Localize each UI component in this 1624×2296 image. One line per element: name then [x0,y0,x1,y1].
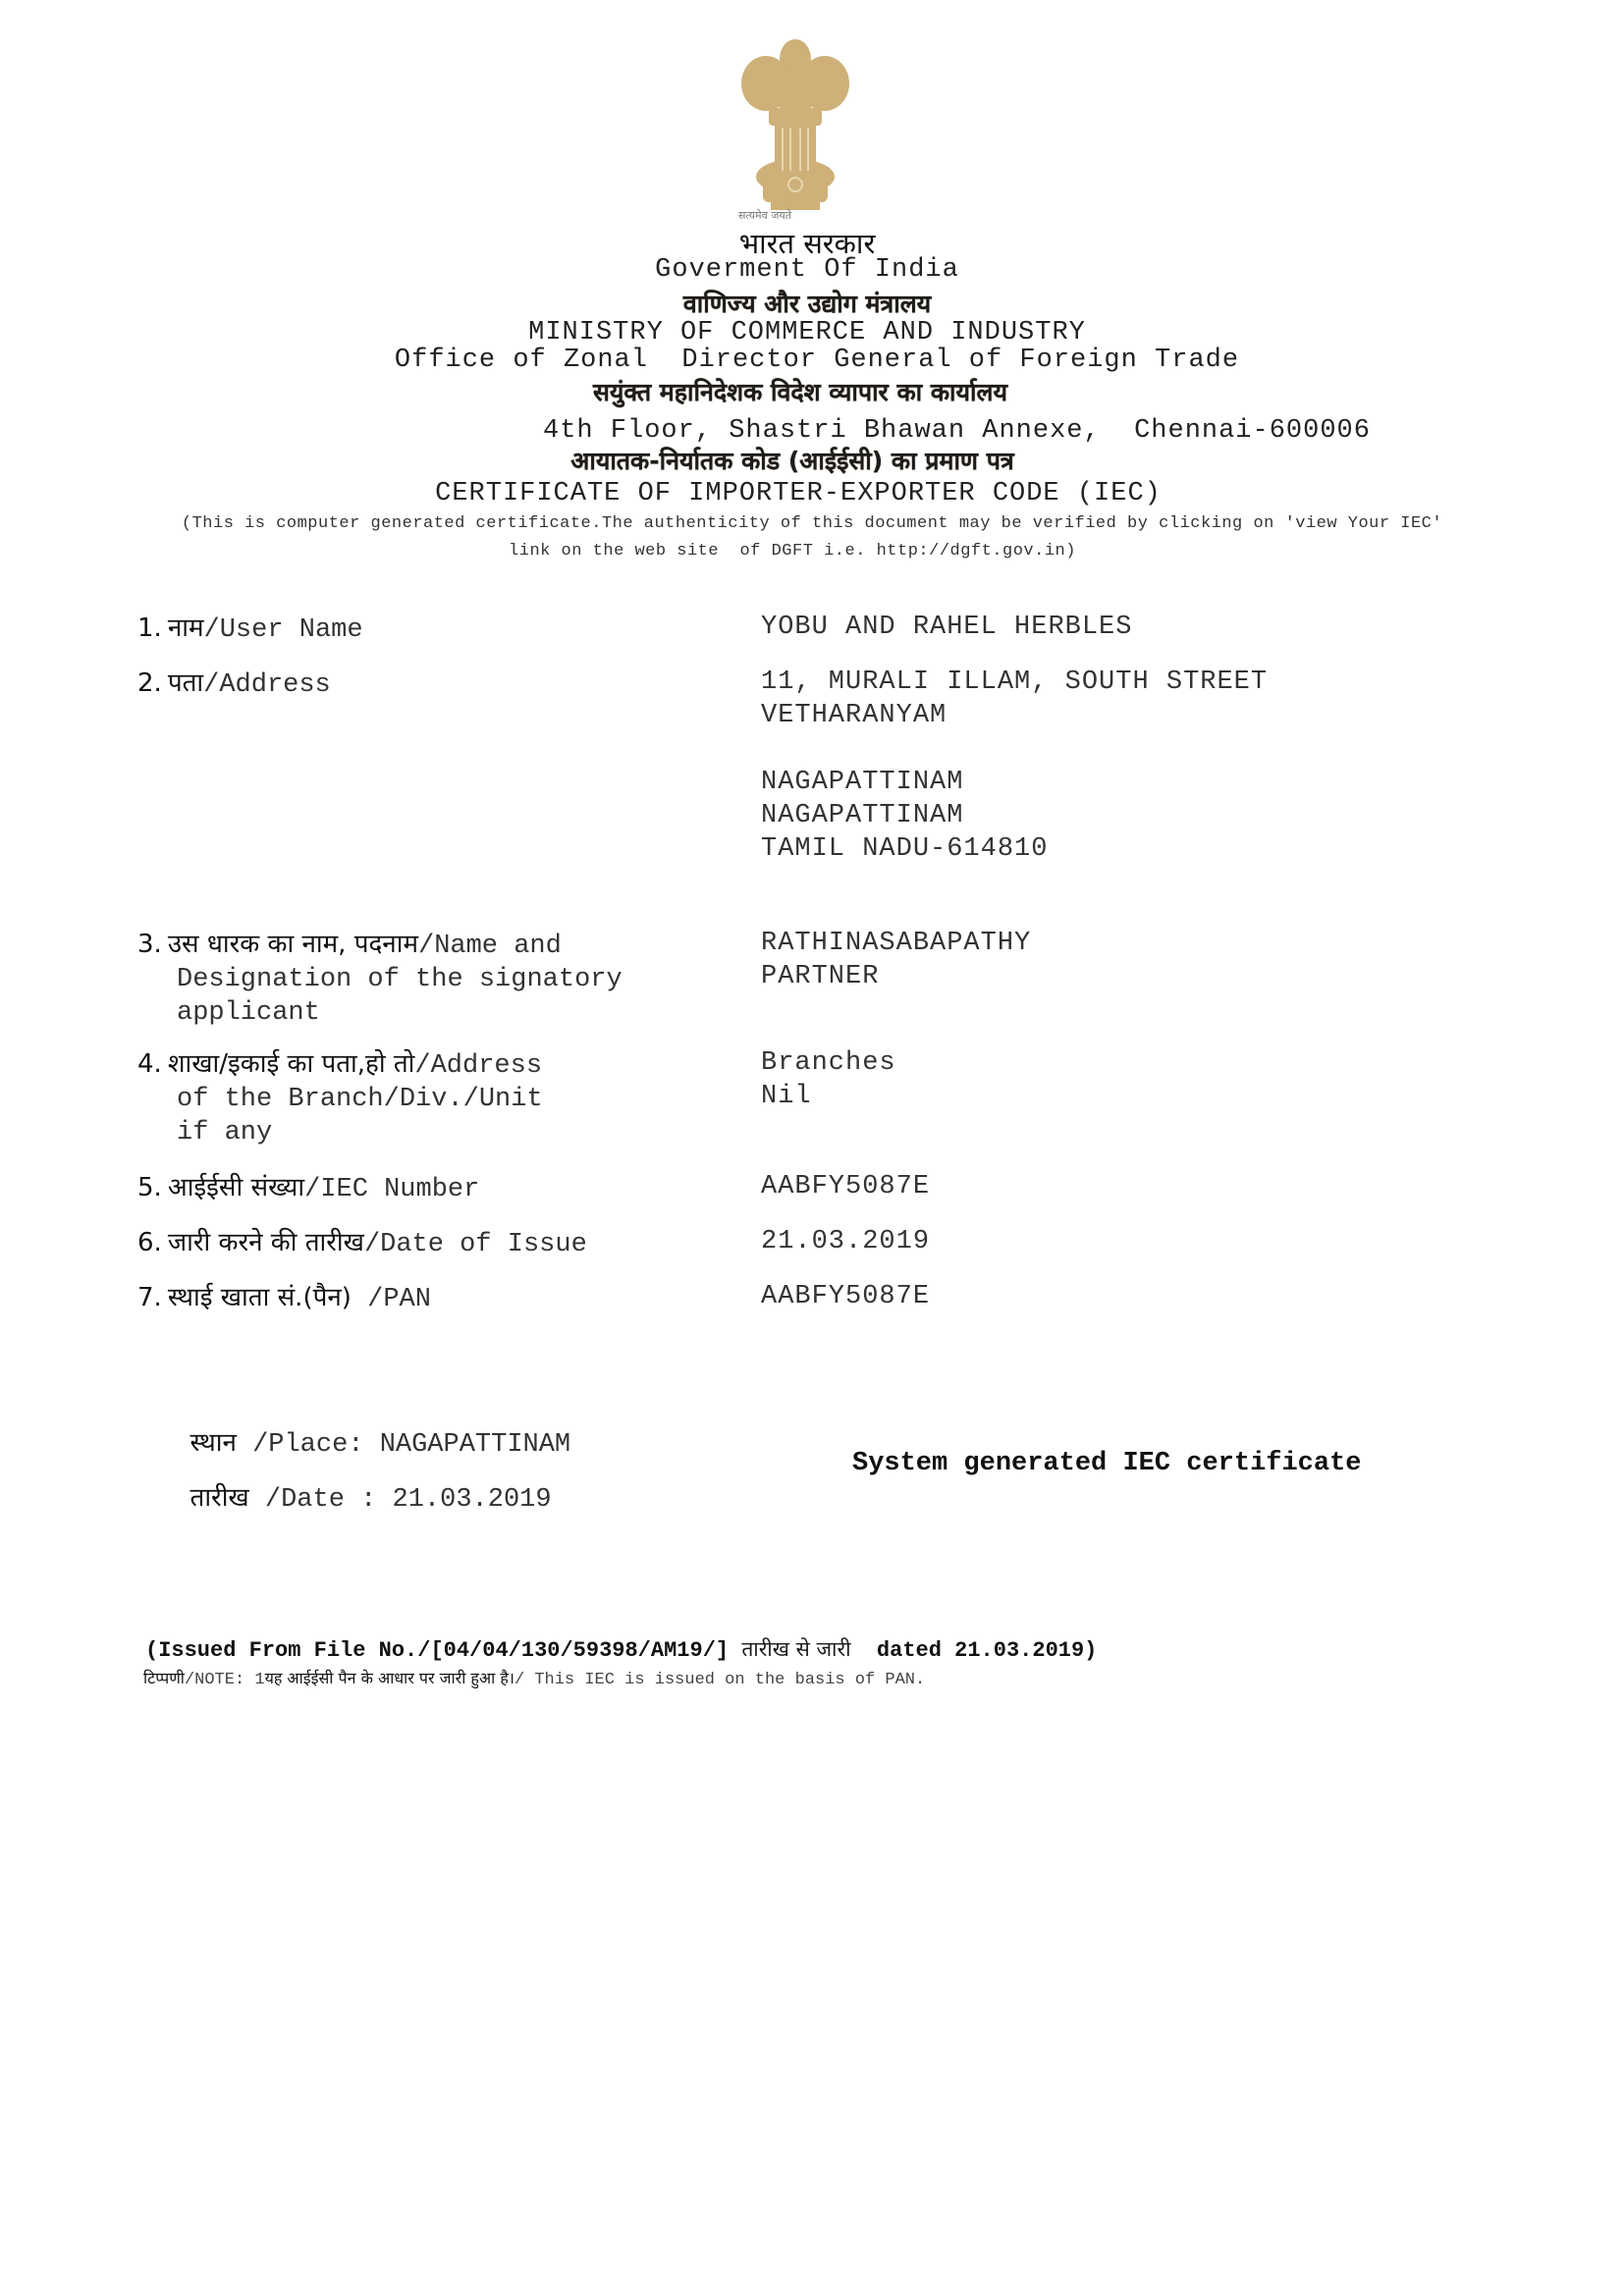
field-label-hindi: स्थाई खाता सं.(पैन) [168,1283,352,1312]
field-number: 7. [137,1283,162,1312]
field-label: 1.नाम/User Name [137,611,746,647]
field-number: 2. [137,668,162,698]
field-label-english: /IEC Number [304,1175,479,1204]
field-value-line: Nil [761,1080,896,1113]
field-label: 5.आईईसी संख्या/IEC Number [137,1170,746,1206]
system-generated-label: System generated IEC certificate [852,1449,1361,1478]
office-hindi: सयुंक्त महानिदेशक विदेश व्यापार का कार्य… [0,375,1612,408]
field-value-line: RATHINASABAPATHY [761,927,1031,960]
field-label: 7.स्थाई खाता सं.(पैन) /PAN [137,1280,746,1316]
field-label: 2.पता/Address [137,666,746,702]
certificate-title-english: CERTIFICATE OF IMPORTER-EXPORTER CODE (I… [0,479,1610,508]
gov-english: Goverment Of India [0,255,1619,285]
certificate-title-hindi: आयातक-निर्यातक कोड (आईईसी) का प्रमाण पत्… [0,444,1604,477]
field-label-english: /PAN [352,1285,431,1314]
field-label-english-cont: Designation of the signatory [137,963,746,996]
ministry-english: MINISTRY OF COMMERCE AND INDUSTRY [0,318,1619,347]
field-value: YOBU AND RAHEL HERBLES [761,611,1132,644]
field-value-line: AABFY5087E [761,1280,930,1313]
field-value: BranchesNil [761,1046,896,1113]
field-label-hindi: नाम [168,614,204,643]
field-value: 21.03.2019 [761,1225,930,1258]
field-value-line: NAGAPATTINAM [761,766,1268,799]
field-label-hindi: पता [168,668,203,698]
date-label-english: /Date : [249,1485,393,1515]
field-label-english: /User Name [204,615,363,645]
field-label: 6.जारी करने की तारीख/Date of Issue [137,1225,746,1261]
field-value-line: PARTNER [761,960,1031,993]
ministry-hindi: वाणिज्य और उद्योग मंत्रालय [0,287,1619,320]
field-value: 11, MURALI ILLAM, SOUTH STREETVETHARANYA… [761,666,1268,866]
field-label-hindi: जारी करने की तारीख [168,1228,364,1257]
office-english: Office of Zonal Director General of Fore… [5,346,1624,375]
office-address: 4th Floor, Shastri Bhawan Annexe, Chenna… [543,416,1371,446]
field-label-hindi: आईईसी संख्या [168,1173,304,1202]
field-label-english: /Date of Issue [364,1230,587,1259]
date-row: तारीख /Date : 21.03.2019 [177,1447,552,1517]
field-value-line: 11, MURALI ILLAM, SOUTH STREET [761,666,1268,699]
field-value: RATHINASABAPATHYPARTNER [761,927,1031,993]
note-line: टिप्पणी/NOTE: 1यह आईईसी पैन के आधार पर ज… [135,1649,925,1689]
field-value-line: Branches [761,1046,896,1080]
disclaimer-line-2: link on the web site of DGFT i.e. http:/… [0,542,1604,561]
note-english-label: /NOTE: 1 [185,1671,265,1689]
field-value: AABFY5087E [761,1280,930,1313]
field-value-line: 21.03.2019 [761,1225,930,1258]
field-value-line: TAMIL NADU-614810 [761,832,1268,866]
date-label-hindi: तारीख [190,1483,249,1513]
field-label-hindi: शाखा/इकाई का पता,हो तो [168,1049,415,1079]
field-label: 4.शाखा/इकाई का पता,हो तो/Addressof the B… [137,1046,746,1149]
field-value-line [761,732,1268,766]
field-number: 4. [137,1049,162,1079]
field-number: 1. [137,614,162,643]
field-value: AABFY5087E [761,1170,930,1203]
note-hindi-text: यह आईईसी पैन के आधार पर जारी हुआ है। [265,1669,514,1687]
field-label-english: /Address [203,670,331,700]
field-value-line: NAGAPATTINAM [761,799,1268,832]
field-label: 3.उस धारक का नाम, पदनाम/Name andDesignat… [137,927,746,1030]
field-value-line: YOBU AND RAHEL HERBLES [761,611,1132,644]
disclaimer-line-1: (This is computer generated certificate.… [0,514,1624,533]
note-english-text: / This IEC is issued on the basis of PAN… [514,1671,925,1689]
field-label-english-cont: applicant [137,996,746,1030]
field-value-line: AABFY5087E [761,1170,930,1203]
field-label-english-cont: if any [137,1116,746,1149]
field-number: 5. [137,1173,162,1202]
note-hindi-label: टिप्पणी [143,1669,185,1687]
field-label-hindi: उस धारक का नाम, पदनाम [168,930,418,959]
emblem-motto: सत्यमेव जयते [738,208,791,223]
field-number: 3. [137,930,162,959]
field-number: 6. [137,1228,162,1257]
field-value-line: VETHARANYAM [761,699,1268,732]
national-emblem-icon [731,29,859,226]
date-value: 21.03.2019 [393,1485,552,1515]
field-label-english-cont: of the Branch/Div./Unit [137,1083,746,1116]
field-label-english: /Address [414,1051,542,1081]
field-label-english: /Name and [418,932,562,961]
